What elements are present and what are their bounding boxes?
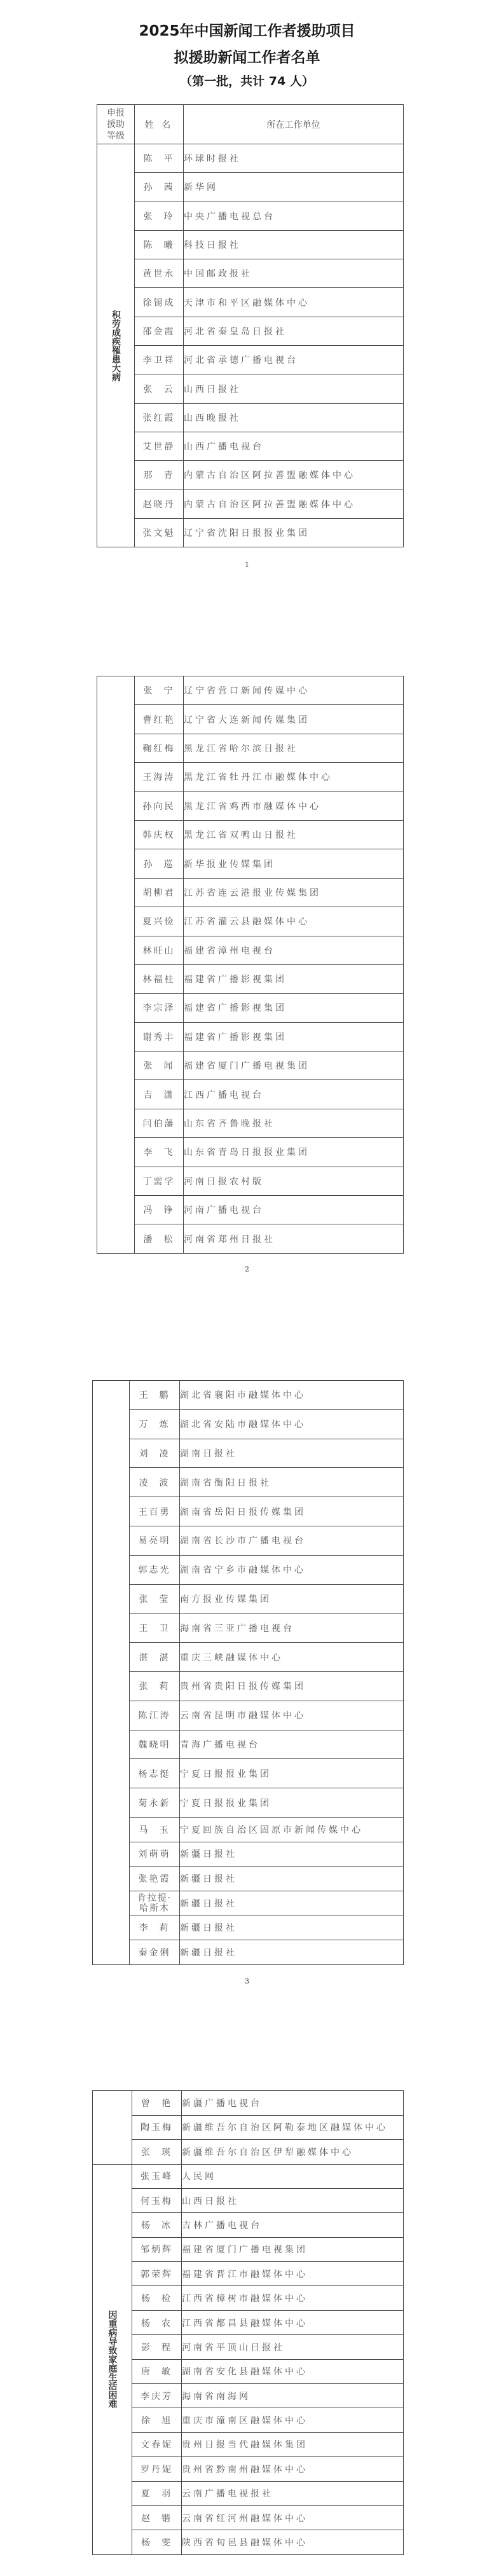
- person-name: 张 闻: [135, 1052, 184, 1080]
- table-row: 胡柳君江苏省连云港报业传媒集团: [97, 878, 404, 907]
- work-unit: 山西晚报社: [184, 403, 404, 432]
- work-unit: 湖南省衡阳日报社: [180, 1468, 404, 1497]
- work-unit: 湖北省襄阳市融媒体中心: [180, 1381, 404, 1410]
- table-row: 张 宁辽宁省营口新闻传媒中心: [97, 676, 404, 705]
- person-name-line: 肯拉提·: [130, 1893, 179, 1903]
- work-unit: 黑龙江省哈尔滨日报社: [184, 734, 404, 762]
- person-name: 曾 艳: [132, 2091, 182, 2116]
- work-unit: 重庆三峡融媒体中心: [180, 1643, 404, 1672]
- table-row: 湛 湛重庆三峡融媒体中心: [93, 1643, 404, 1672]
- work-unit: 新疆日报社: [180, 1842, 404, 1867]
- header-level-line: 申报: [97, 107, 134, 119]
- work-unit: 黑龙江省鸡西市融媒体中心: [184, 791, 404, 820]
- table-row: 赵 锴云南省红河州融媒体中心: [93, 2505, 404, 2530]
- table-header-row: 申报 援助 等级 姓 名 所在工作单位: [97, 105, 404, 144]
- person-name: 闫伯藩: [135, 1109, 184, 1137]
- person-name: 杨 雯: [132, 2530, 182, 2554]
- table-row: 曹红艳辽宁省大连新闻传媒集团: [97, 705, 404, 734]
- person-name: 易亮明: [130, 1526, 180, 1555]
- work-unit: 内蒙古自治区阿拉善盟融媒体中心: [184, 461, 404, 490]
- table-row: 张 闻福建省厦门广播电视集团: [97, 1052, 404, 1080]
- work-unit: 江苏省灌云县融媒体中心: [184, 907, 404, 936]
- table-row: 彭 程河南省平顶山日报社: [93, 2335, 404, 2359]
- work-unit: 新华网: [184, 173, 404, 202]
- table-row: 万 炼湖北省安陆市融媒体中心: [93, 1409, 404, 1439]
- person-name: 黄世永: [135, 259, 184, 288]
- work-unit: 海南省南海网: [182, 2384, 404, 2408]
- person-name: 菊永新: [130, 1788, 180, 1818]
- person-name: 王百勇: [130, 1497, 180, 1526]
- work-unit: 宁夏回族自治区固原市新闻传媒中心: [180, 1817, 404, 1842]
- table-row: 李 飞山东省青岛日报报业集团: [97, 1138, 404, 1167]
- person-name: 林福桂: [135, 964, 184, 993]
- person-name: 陶玉梅: [132, 2115, 182, 2140]
- work-unit: 湖北省安陆市融媒体中心: [180, 1409, 404, 1439]
- work-unit: 辽宁省营口新闻传媒中心: [184, 676, 404, 705]
- person-name: 何玉梅: [132, 2188, 182, 2212]
- table-row: 闫伯藩山东省齐鲁晚报社: [97, 1109, 404, 1137]
- work-unit: 福建省广播影视集团: [184, 1022, 404, 1051]
- work-unit: 河北省秦皇岛日报社: [184, 317, 404, 345]
- person-name: 潘 松: [135, 1224, 184, 1253]
- page-number: 1: [0, 561, 494, 569]
- person-name: 秦金俐: [130, 1940, 180, 1964]
- work-unit: 辽宁省沈阳日报报业集团: [184, 518, 404, 547]
- person-name: 万 炼: [130, 1409, 180, 1439]
- person-name: 张 宁: [135, 676, 184, 705]
- header-unit: 所在工作单位: [184, 105, 404, 144]
- work-unit: 福建省厦门广播电视集团: [182, 2237, 404, 2261]
- work-unit: 新疆日报社: [180, 1891, 404, 1915]
- work-unit: 新华报业传媒集团: [184, 849, 404, 878]
- work-unit: 江西省都昌县融媒体中心: [182, 2310, 404, 2334]
- person-name: 孙 巡: [135, 849, 184, 878]
- work-unit: 河南省郑州日报社: [184, 1224, 404, 1253]
- person-name: 曹红艳: [135, 705, 184, 734]
- person-name: 杨 农: [132, 2310, 182, 2334]
- table-row: 孙 巡新华报业传媒集团: [97, 849, 404, 878]
- work-unit: 河南省平顶山日报社: [182, 2335, 404, 2359]
- batch-note: （第一批，共计 74 人）: [0, 72, 494, 89]
- table-row: 冯 铮河南广播电视台: [97, 1196, 404, 1224]
- person-name: 李宗泽: [135, 994, 184, 1022]
- header-level-line: 援助: [97, 119, 134, 130]
- person-name: 王海涛: [135, 763, 184, 791]
- work-unit: 山西广播电视台: [184, 432, 404, 460]
- work-unit: 福建省厦门广播电视集团: [184, 1052, 404, 1080]
- person-name: 凌 波: [130, 1468, 180, 1497]
- table-row: 杨 农江西省都昌县融媒体中心: [93, 2310, 404, 2334]
- person-name: 夏兴俭: [135, 907, 184, 936]
- work-unit: 宁夏日报报业集团: [180, 1788, 404, 1818]
- work-unit: 环球时报社: [184, 144, 404, 173]
- table-row: 罗丹妮贵州省黔南州融媒体中心: [93, 2457, 404, 2481]
- table-row: 文春妮贵州日报当代融媒体集团: [93, 2432, 404, 2456]
- table-row: 潘 松河南省郑州日报社: [97, 1224, 404, 1253]
- person-name: 刘萌萌: [130, 1842, 180, 1867]
- table-row: 张 莉贵州省贵阳日报传媒集团: [93, 1671, 404, 1701]
- person-name: 徐 旭: [132, 2408, 182, 2432]
- work-unit: 新疆日报社: [180, 1867, 404, 1891]
- person-name: 张 莉: [130, 1671, 180, 1701]
- table-row: 杨 雯陕西省旬邑县融媒体中心: [93, 2530, 404, 2554]
- work-unit: 内蒙古自治区阿拉善盟融媒体中心: [184, 490, 404, 518]
- table-row: 张红霞山西晚报社: [97, 403, 404, 432]
- person-name: 肯拉提·哈斯木: [130, 1891, 180, 1915]
- person-name: 张玉峰: [132, 2164, 182, 2188]
- work-unit: 湖南省安化县融媒体中心: [182, 2359, 404, 2383]
- work-unit: 河南广播电视台: [184, 1196, 404, 1224]
- person-name: 李卫祥: [135, 346, 184, 374]
- work-unit: 江西省樟树市融媒体中心: [182, 2286, 404, 2310]
- work-unit: 江苏省连云港报业传媒集团: [184, 878, 404, 907]
- person-name: 鞠红梅: [135, 734, 184, 762]
- table-row: 鞠红梅黑龙江省哈尔滨日报社: [97, 734, 404, 762]
- table-row: 杨 检江西省樟树市融媒体中心: [93, 2286, 404, 2310]
- table-row: 夏兴俭江苏省灌云县融媒体中心: [97, 907, 404, 936]
- table-row: 徐锡成天津市和平区融媒体中心: [97, 288, 404, 317]
- table-row: 郭志光湖南省宁乡市融媒体中心: [93, 1555, 404, 1584]
- table-row: 艾世静山西广播电视台: [97, 432, 404, 460]
- person-name: 谢秀丰: [135, 1022, 184, 1051]
- work-unit: 福建省晋江市融媒体中心: [182, 2262, 404, 2286]
- person-name: 丁需学: [135, 1167, 184, 1195]
- person-name: 文春妮: [132, 2432, 182, 2456]
- list-table-page-1: 申报 援助 等级 姓 名 所在工作单位 积劳成疾罹患大病陈 平环球时报社孙 茜新…: [97, 104, 404, 547]
- table-row: 刘 凌湖南日报社: [93, 1439, 404, 1468]
- person-name: 杨 检: [132, 2286, 182, 2310]
- work-unit: 新疆广播电视台: [182, 2091, 404, 2116]
- person-name: 王 鹏: [130, 1381, 180, 1410]
- work-unit: 山东省齐鲁晚报社: [184, 1109, 404, 1137]
- table-row: 曾 艳新疆广播电视台: [93, 2091, 404, 2116]
- work-unit: 云南省红河州融媒体中心: [182, 2505, 404, 2530]
- table-row: 杨志挺宁夏日报报业集团: [93, 1759, 404, 1788]
- work-unit: 青海广播电视台: [180, 1730, 404, 1759]
- table-row: 李宗泽福建省广播影视集团: [97, 994, 404, 1022]
- list-table-page-2: 张 宁辽宁省营口新闻传媒中心曹红艳辽宁省大连新闻传媒集团鞠红梅黑龙江省哈尔滨日报…: [97, 676, 404, 1254]
- person-name: 郭志光: [130, 1555, 180, 1584]
- person-name: 湛 湛: [130, 1643, 180, 1672]
- person-name: 胡柳君: [135, 878, 184, 907]
- work-unit: 重庆市潼南区融媒体中心: [182, 2408, 404, 2432]
- table-row: 林福桂福建省广播影视集团: [97, 964, 404, 993]
- table-row: 丁需学河南日报农村版: [97, 1167, 404, 1195]
- work-unit: 新疆维吾尔自治区阿勒泰地区融媒体中心: [182, 2115, 404, 2140]
- table-row: 张 瑛新疆维吾尔自治区伊犁融媒体中心: [93, 2140, 404, 2165]
- table-row: 谢秀丰福建省广播影视集团: [97, 1022, 404, 1051]
- person-name: 孙向民: [135, 791, 184, 820]
- table-row: 菊永新宁夏日报报业集团: [93, 1788, 404, 1818]
- work-unit: 湖南省宁乡市融媒体中心: [180, 1555, 404, 1584]
- header-name: 姓 名: [135, 105, 184, 144]
- table-row: 李卫祥河北省承德广播电视台: [97, 346, 404, 374]
- person-name: 唐 敏: [132, 2359, 182, 2383]
- person-name: 陈 平: [135, 144, 184, 173]
- work-unit: 新疆日报社: [180, 1915, 404, 1940]
- person-name: 张文魁: [135, 518, 184, 547]
- person-name: 冯 铮: [135, 1196, 184, 1224]
- table-row: 孙 茜新华网: [97, 173, 404, 202]
- work-unit: 河北省承德广播电视台: [184, 346, 404, 374]
- table-row: 夏 羽云南广播电视报社: [93, 2481, 404, 2505]
- table-row: 秦金俐新疆日报社: [93, 1940, 404, 1964]
- table-row: 郭荣辉福建省晋江市融媒体中心: [93, 2262, 404, 2286]
- person-name: 夏 羽: [132, 2481, 182, 2505]
- person-name: 张艳霞: [130, 1867, 180, 1891]
- table-row: 马 玉宁夏回族自治区固原市新闻传媒中心: [93, 1817, 404, 1842]
- table-row: 张 云山西日报社: [97, 374, 404, 403]
- person-name: 赵晓丹: [135, 490, 184, 518]
- list-table-page-4: 曾 艳新疆广播电视台陶玉梅新疆维吾尔自治区阿勒泰地区融媒体中心张 瑛新疆维吾尔自…: [92, 2090, 404, 2555]
- table-row: 吉 潇江西广播电视台: [97, 1080, 404, 1109]
- work-unit: 海南省三亚广播电视台: [180, 1613, 404, 1643]
- table-row: 何玉梅山西日报社: [93, 2188, 404, 2212]
- table-row: 魏晓明青海广播电视台: [93, 1730, 404, 1759]
- person-name: 张 云: [135, 374, 184, 403]
- table-row: 凌 波湖南省衡阳日报社: [93, 1468, 404, 1497]
- table-row: 徐 旭重庆市潼南区融媒体中心: [93, 2408, 404, 2432]
- person-name: 韩庆权: [135, 820, 184, 849]
- category-cell: 积劳成疾罹患大病: [97, 144, 135, 547]
- work-unit: 科技日报社: [184, 230, 404, 259]
- work-unit: 贵州省贵阳日报传媒集团: [180, 1671, 404, 1701]
- table-row: 王百勇湖南省岳阳日报传媒集团: [93, 1497, 404, 1526]
- work-unit: 福建省广播影视集团: [184, 994, 404, 1022]
- table-row: 王 鹏湖北省襄阳市融媒体中心: [93, 1381, 404, 1410]
- table-row: 陈江涛云南省昆明市融媒体中心: [93, 1701, 404, 1730]
- table-row: 杨 冰吉林广播电视台: [93, 2213, 404, 2237]
- person-name: 陈 曦: [135, 230, 184, 259]
- work-unit: 河南日报农村版: [184, 1167, 404, 1195]
- work-unit: 山西日报社: [182, 2188, 404, 2212]
- table-row: 积劳成疾罹患大病陈 平环球时报社: [97, 144, 404, 173]
- header-level-line: 等级: [97, 130, 134, 142]
- table-row: 唐 敏湖南省安化县融媒体中心: [93, 2359, 404, 2383]
- list-table-page-3: 王 鹏湖北省襄阳市融媒体中心万 炼湖北省安陆市融媒体中心刘 凌湖南日报社凌 波湖…: [92, 1380, 404, 1965]
- table-row: 易亮明湖南省长沙市广播电视台: [93, 1526, 404, 1555]
- person-name: 林旺山: [135, 936, 184, 964]
- table-row: 李庆芳海南省南海网: [93, 2384, 404, 2408]
- person-name: 李 飞: [135, 1138, 184, 1167]
- work-unit: 吉林广播电视台: [182, 2213, 404, 2237]
- table-row: 王海涛黑龙江省牡丹江市融媒体中心: [97, 763, 404, 791]
- person-name: 李 莉: [130, 1915, 180, 1940]
- table-row: 林旺山福建省漳州电视台: [97, 936, 404, 964]
- header-level: 申报 援助 等级: [97, 105, 135, 144]
- person-name: 王 卫: [130, 1613, 180, 1643]
- table-row: 刘萌萌新疆日报社: [93, 1842, 404, 1867]
- category-label: 积劳成疾罹患大病: [111, 310, 120, 381]
- work-unit: 贵州省黔南州融媒体中心: [182, 2457, 404, 2481]
- table-row: 陶玉梅新疆维吾尔自治区阿勒泰地区融媒体中心: [93, 2115, 404, 2140]
- person-name: 李庆芳: [132, 2384, 182, 2408]
- work-unit: 辽宁省大连新闻传媒集团: [184, 705, 404, 734]
- table-row: 张 莹南方报业传媒集团: [93, 1584, 404, 1613]
- work-unit: 湖南日报社: [180, 1439, 404, 1468]
- table-row: 邹炳辉福建省厦门广播电视集团: [93, 2237, 404, 2261]
- person-name: 魏晓明: [130, 1730, 180, 1759]
- person-name: 彭 程: [132, 2335, 182, 2359]
- table-row: 那 青内蒙古自治区阿拉善盟融媒体中心: [97, 461, 404, 490]
- work-unit: 新疆维吾尔自治区伊犁融媒体中心: [182, 2140, 404, 2165]
- work-unit: 天津市和平区融媒体中心: [184, 288, 404, 317]
- person-name: 张 瑛: [132, 2140, 182, 2165]
- table-row: 黄世永中国邮政报社: [97, 259, 404, 288]
- work-unit: 福建省广播影视集团: [184, 964, 404, 993]
- work-unit: 云南广播电视报社: [182, 2481, 404, 2505]
- work-unit: 福建省漳州电视台: [184, 936, 404, 964]
- work-unit: 陕西省旬邑县融媒体中心: [182, 2530, 404, 2554]
- person-name: 张红霞: [135, 403, 184, 432]
- work-unit: 江西广播电视台: [184, 1080, 404, 1109]
- page-number: 3: [0, 1977, 494, 1985]
- person-name: 马 玉: [130, 1817, 180, 1842]
- table-row: 王 卫海南省三亚广播电视台: [93, 1613, 404, 1643]
- work-unit: 黑龙江省牡丹江市融媒体中心: [184, 763, 404, 791]
- work-unit: 中国邮政报社: [184, 259, 404, 288]
- table-row: 邵金霞河北省秦皇岛日报社: [97, 317, 404, 345]
- person-name: 孙 茜: [135, 173, 184, 202]
- category-label: 因重病导致家庭生活困难: [108, 2310, 117, 2408]
- table-row: 李 莉新疆日报社: [93, 1915, 404, 1940]
- page-number: 2: [0, 1265, 494, 1273]
- person-name: 张 莹: [130, 1584, 180, 1613]
- person-name: 杨志挺: [130, 1759, 180, 1788]
- work-unit: 南方报业传媒集团: [180, 1584, 404, 1613]
- category-cell: [93, 2091, 132, 2165]
- work-unit: 宁夏日报报业集团: [180, 1759, 404, 1788]
- person-name: 罗丹妮: [132, 2457, 182, 2481]
- person-name: 艾世静: [135, 432, 184, 460]
- category-cell: 因重病导致家庭生活困难: [93, 2164, 132, 2554]
- person-name-line: 哈斯木: [130, 1903, 179, 1914]
- work-unit: 黑龙江省双鸭山日报社: [184, 820, 404, 849]
- document-title: 2025年中国新闻工作者援助项目: [0, 19, 494, 40]
- work-unit: 贵州日报当代融媒体集团: [182, 2432, 404, 2456]
- table-row: 肯拉提·哈斯木新疆日报社: [93, 1891, 404, 1915]
- table-row: 张文魁辽宁省沈阳日报报业集团: [97, 518, 404, 547]
- category-cell: [93, 1381, 130, 1965]
- person-name: 邹炳辉: [132, 2237, 182, 2261]
- work-unit: 山西日报社: [184, 374, 404, 403]
- person-name: 徐锡成: [135, 288, 184, 317]
- table-row: 因重病导致家庭生活困难张玉峰人民网: [93, 2164, 404, 2188]
- table-row: 韩庆权黑龙江省双鸭山日报社: [97, 820, 404, 849]
- table-row: 张 玲中央广播电视总台: [97, 202, 404, 230]
- person-name: 邵金霞: [135, 317, 184, 345]
- person-name: 那 青: [135, 461, 184, 490]
- person-name: 刘 凌: [130, 1439, 180, 1468]
- work-unit: 新疆日报社: [180, 1940, 404, 1964]
- work-unit: 山东省青岛日报报业集团: [184, 1138, 404, 1167]
- table-row: 赵晓丹内蒙古自治区阿拉善盟融媒体中心: [97, 490, 404, 518]
- document-subtitle: 拟援助新闻工作者名单: [0, 46, 494, 67]
- work-unit: 中央广播电视总台: [184, 202, 404, 230]
- work-unit: 湖南省岳阳日报传媒集团: [180, 1497, 404, 1526]
- work-unit: 湖南省长沙市广播电视台: [180, 1526, 404, 1555]
- table-row: 孙向民黑龙江省鸡西市融媒体中心: [97, 791, 404, 820]
- person-name: 赵 锴: [132, 2505, 182, 2530]
- work-unit: 人民网: [182, 2164, 404, 2188]
- person-name: 张 玲: [135, 202, 184, 230]
- person-name: 吉 潇: [135, 1080, 184, 1109]
- person-name: 郭荣辉: [132, 2262, 182, 2286]
- person-name: 陈江涛: [130, 1701, 180, 1730]
- category-cell: [97, 676, 135, 1254]
- work-unit: 云南省昆明市融媒体中心: [180, 1701, 404, 1730]
- person-name: 杨 冰: [132, 2213, 182, 2237]
- table-row: 陈 曦科技日报社: [97, 230, 404, 259]
- table-row: 张艳霞新疆日报社: [93, 1867, 404, 1891]
